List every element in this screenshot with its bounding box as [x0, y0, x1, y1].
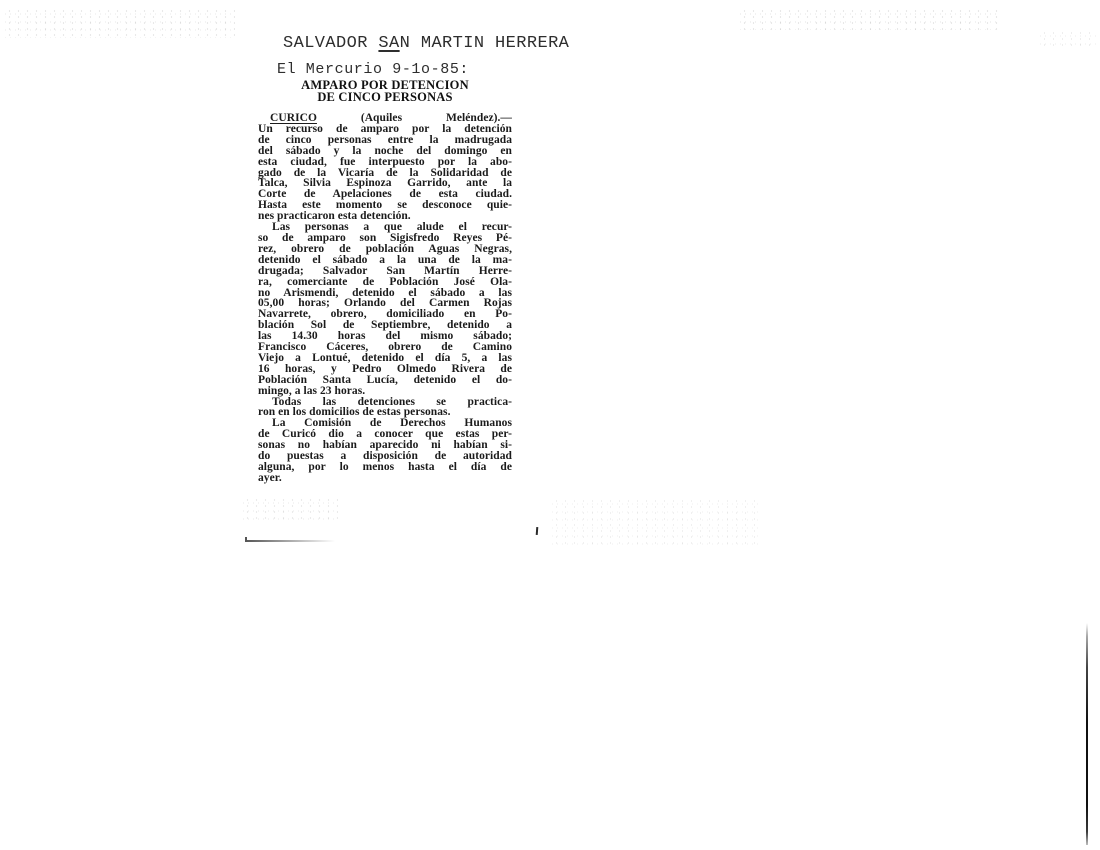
article-line: del sábado y la noche del domingo en [258, 146, 512, 157]
typed-name-underlined: SA [378, 34, 399, 53]
scan-noise-top-left [5, 8, 235, 38]
newspaper-clipping: AMPARO POR DETENCION DE CINCO PERSONAS C… [258, 80, 512, 484]
typed-name-pre: SALVADOR [283, 34, 378, 53]
pencil-smudge [243, 497, 338, 523]
article-line: drugada; Salvador San Martín Herre- [258, 266, 512, 277]
article-line: esta ciudad, fue interpuesto por la abo- [258, 157, 512, 168]
typed-name-post: N MARTIN HERRERA [400, 34, 570, 53]
article-line: alguna, por lo menos hasta el día de [258, 462, 512, 473]
article-line: ayer. [258, 473, 512, 484]
scan-noise-top-right [1040, 30, 1098, 50]
article-headline: AMPARO POR DETENCION DE CINCO PERSONAS [258, 80, 512, 103]
scan-noise-below-article [552, 498, 762, 546]
scan-noise-top-band [740, 8, 1000, 30]
article-line: mingo, a las 23 horas. [258, 386, 512, 397]
typed-name-header: SALVADOR SAN MARTIN HERRERA [283, 34, 569, 53]
typed-source-line: El Mercurio 9-1o-85: [277, 61, 469, 78]
stray-ink-mark [536, 527, 539, 535]
scanned-document-page: SALVADOR SAN MARTIN HERRERA El Mercurio … [0, 0, 1100, 850]
pencil-line-artifact [245, 540, 335, 542]
headline-line-2: DE CINCO PERSONAS [258, 92, 512, 104]
page-crease-line [1086, 623, 1088, 845]
article-body: CURICO (Aquiles Meléndez).— Un recurso d… [258, 113, 512, 484]
article-line: ra, comerciante de Población José Ola- [258, 277, 512, 288]
